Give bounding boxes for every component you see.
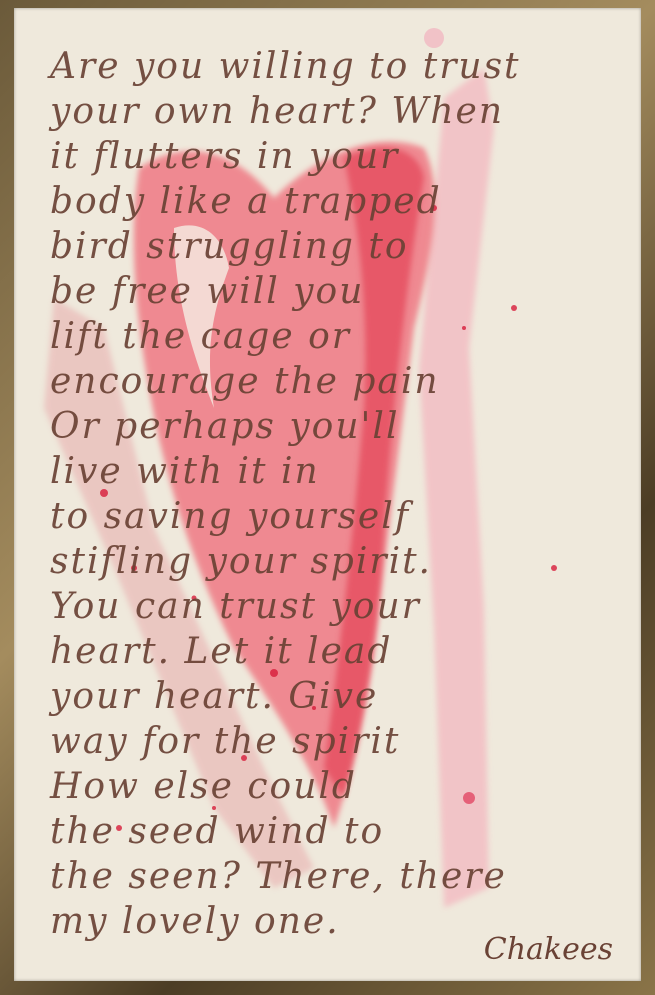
handwritten-card: Are you willing to trust your own heart?…	[14, 8, 641, 981]
text-line: the seed wind to	[50, 811, 621, 852]
text-line: heart. Let it lead	[50, 631, 621, 672]
text-line: stifling your spirit.	[50, 541, 621, 582]
text-line: body like a trapped	[50, 181, 621, 222]
text-line: way for the spirit	[50, 721, 621, 762]
text-line: Or perhaps you'll	[50, 406, 621, 447]
text-line: You can trust your	[50, 586, 621, 627]
text-line: encourage the pain	[50, 361, 621, 402]
text-line: be free will you	[50, 271, 621, 312]
text-line: live with it in	[50, 451, 621, 492]
text-line: to saving yourself	[50, 496, 621, 537]
text-line: your own heart? When	[50, 91, 621, 132]
text-line: it flutters in your	[50, 136, 621, 177]
signature: Chakees	[484, 932, 613, 967]
text-line: How else could	[50, 766, 621, 807]
text-line: bird struggling to	[50, 226, 621, 267]
text-line: the seen? There, there	[50, 856, 621, 897]
handwritten-text: Are you willing to trust your own heart?…	[14, 8, 641, 981]
text-line: Are you willing to trust	[50, 46, 621, 87]
text-line: your heart. Give	[50, 676, 621, 717]
text-line: lift the cage or	[50, 316, 621, 357]
